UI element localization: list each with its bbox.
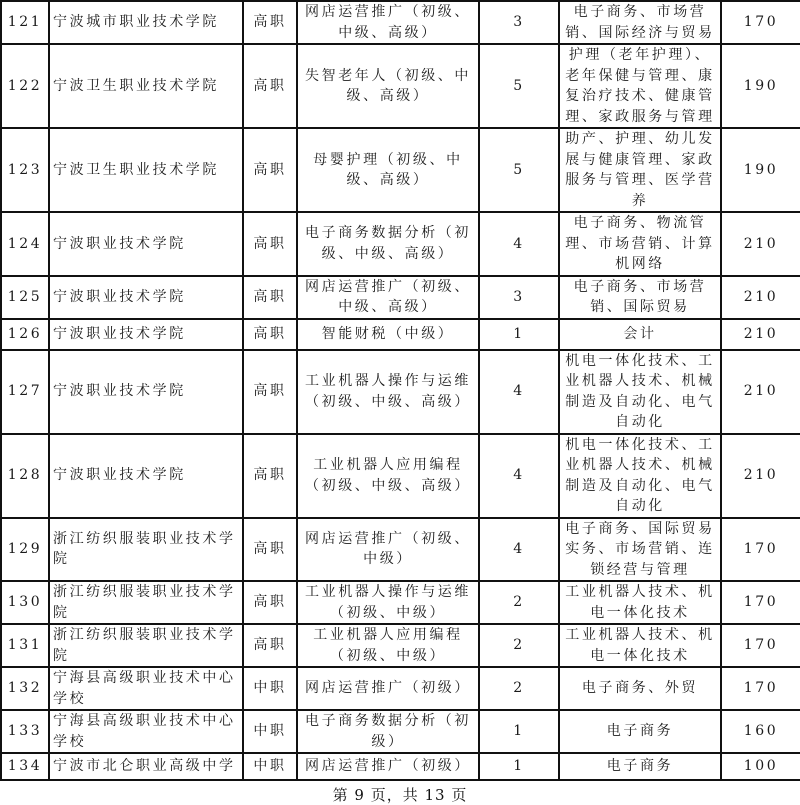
fee-value: 100 — [744, 758, 779, 774]
certificate-name: 网店运营推广（初级、中级） — [305, 531, 471, 568]
related-majors: 机电一体化技术、工业机器人技术、机械制造及自动化、电气自动化 — [565, 437, 714, 515]
certificate-name: 电子商务数据分析（初级、中级、高级） — [305, 225, 471, 262]
school-level-cell: 高职 — [243, 518, 297, 582]
table-row: 128宁波职业技术学院高职工业机器人应用编程（初级、中级、高级）4机电一体化技术… — [1, 434, 800, 518]
school-name-cell: 宁海县高级职业技术中心学校 — [49, 710, 243, 753]
row-number-cell: 122 — [1, 44, 49, 128]
major-count-cell: 3 — [479, 1, 559, 44]
fee-value: 190 — [744, 162, 779, 178]
certificate-name-cell: 智能财税（中级） — [297, 319, 479, 350]
row-number: 126 — [8, 326, 43, 342]
row-number: 121 — [8, 14, 43, 30]
certificate-name: 网店运营推广（初级、中级、高级） — [305, 279, 471, 316]
fee-value-cell: 170 — [721, 518, 800, 582]
related-majors: 助产、护理、幼儿发展与健康管理、家政服务与管理、医学营养 — [565, 131, 714, 209]
fee-value-cell: 210 — [721, 350, 800, 434]
major-count-cell: 1 — [479, 753, 559, 780]
certificate-name: 智能财税（中级） — [322, 326, 455, 342]
certificate-name-cell: 失智老年人（初级、中级、高级） — [297, 44, 479, 128]
row-number: 131 — [8, 637, 43, 653]
related-majors: 电子商务 — [607, 723, 673, 739]
table-row: 126宁波职业技术学院高职智能财税（中级）1会计210 — [1, 319, 800, 350]
major-count-cell: 4 — [479, 434, 559, 518]
school-name: 宁海县高级职业技术中心学校 — [53, 670, 236, 707]
row-number-cell: 131 — [1, 624, 49, 667]
school-name-cell: 宁波卫生职业技术学院 — [49, 44, 243, 128]
school-level-cell: 高职 — [243, 434, 297, 518]
certificate-name-cell: 网店运营推广（初级、中级） — [297, 518, 479, 582]
fee-value: 170 — [744, 680, 779, 696]
school-name-cell: 宁波城市职业技术学院 — [49, 1, 243, 44]
related-majors-cell: 机电一体化技术、工业机器人技术、机械制造及自动化、电气自动化 — [559, 350, 721, 434]
fee-value-cell: 190 — [721, 44, 800, 128]
school-level-cell: 高职 — [243, 319, 297, 350]
fee-value-cell: 190 — [721, 128, 800, 212]
fee-value-cell: 170 — [721, 1, 800, 44]
major-count-cell: 5 — [479, 44, 559, 128]
table-row: 134宁波市北仑职业高级中学中职网店运营推广（初级）1电子商务100 — [1, 753, 800, 780]
school-level: 高职 — [253, 162, 286, 178]
school-name-cell: 宁波市北仑职业高级中学 — [49, 753, 243, 780]
school-name-cell: 浙江纺织服装职业技术学院 — [49, 518, 243, 582]
table-body: 121宁波城市职业技术学院高职网店运营推广（初级、中级、高级）3电子商务、市场营… — [1, 1, 800, 780]
fee-value: 170 — [744, 14, 779, 30]
school-level: 高职 — [253, 467, 286, 483]
related-majors: 电子商务、市场营销、国际贸易 — [574, 279, 707, 316]
major-count: 4 — [513, 541, 525, 557]
related-majors: 机电一体化技术、工业机器人技术、机械制造及自动化、电气自动化 — [565, 353, 714, 431]
fee-value-cell: 210 — [721, 276, 800, 319]
fee-value-cell: 100 — [721, 753, 800, 780]
school-name-cell: 宁波职业技术学院 — [49, 276, 243, 319]
major-count-cell: 4 — [479, 350, 559, 434]
related-majors-cell: 助产、护理、幼儿发展与健康管理、家政服务与管理、医学营养 — [559, 128, 721, 212]
fee-value: 170 — [744, 594, 779, 610]
school-level-cell: 高职 — [243, 581, 297, 624]
related-majors-cell: 工业机器人技术、机电一体化技术 — [559, 624, 721, 667]
major-count: 1 — [513, 326, 525, 342]
school-level-cell: 高职 — [243, 276, 297, 319]
certificate-name: 母婴护理（初级、中级、高级） — [313, 152, 462, 189]
major-count-cell: 4 — [479, 518, 559, 582]
fee-value: 170 — [744, 637, 779, 653]
row-number-cell: 123 — [1, 128, 49, 212]
school-name-cell: 宁波职业技术学院 — [49, 212, 243, 276]
school-name-cell: 宁波卫生职业技术学院 — [49, 128, 243, 212]
row-number-cell: 130 — [1, 581, 49, 624]
table-row: 132宁海县高级职业技术中心学校中职网店运营推广（初级）2电子商务、外贸170 — [1, 667, 800, 710]
school-level: 高职 — [253, 289, 286, 305]
related-majors-cell: 机电一体化技术、工业机器人技术、机械制造及自动化、电气自动化 — [559, 434, 721, 518]
major-count: 5 — [513, 78, 525, 94]
major-count-cell: 5 — [479, 128, 559, 212]
school-name: 宁波卫生职业技术学院 — [53, 78, 219, 94]
certification-table: 121宁波城市职业技术学院高职网店运营推广（初级、中级、高级）3电子商务、市场营… — [0, 0, 800, 781]
fee-value-cell: 170 — [721, 624, 800, 667]
table-row: 124宁波职业技术学院高职电子商务数据分析（初级、中级、高级）4电子商务、物流管… — [1, 212, 800, 276]
major-count: 4 — [513, 236, 525, 252]
school-level-cell: 高职 — [243, 624, 297, 667]
school-level: 高职 — [253, 14, 286, 30]
school-level: 中职 — [253, 723, 286, 739]
major-count: 2 — [513, 594, 525, 610]
school-level-cell: 高职 — [243, 350, 297, 434]
row-number: 124 — [8, 236, 43, 252]
certificate-name-cell: 母婴护理（初级、中级、高级） — [297, 128, 479, 212]
school-level: 高职 — [253, 326, 286, 342]
certificate-name: 工业机器人操作与运维（初级、中级、高级） — [305, 373, 471, 410]
major-count: 2 — [513, 637, 525, 653]
row-number-cell: 127 — [1, 350, 49, 434]
related-majors: 工业机器人技术、机电一体化技术 — [565, 627, 714, 664]
major-count-cell: 3 — [479, 276, 559, 319]
row-number-cell: 133 — [1, 710, 49, 753]
fee-value: 210 — [744, 236, 779, 252]
school-name: 宁波职业技术学院 — [53, 383, 186, 399]
certificate-name: 工业机器人操作与运维（初级、中级） — [305, 584, 471, 621]
row-number-cell: 134 — [1, 753, 49, 780]
certificate-name-cell: 工业机器人操作与运维（初级、中级） — [297, 581, 479, 624]
school-level: 高职 — [253, 78, 286, 94]
row-number-cell: 126 — [1, 319, 49, 350]
table-row: 127宁波职业技术学院高职工业机器人操作与运维（初级、中级、高级）4机电一体化技… — [1, 350, 800, 434]
certificate-name: 网店运营推广（初级） — [305, 680, 471, 696]
school-level-cell: 高职 — [243, 1, 297, 44]
fee-value: 190 — [744, 78, 779, 94]
related-majors-cell: 电子商务、外贸 — [559, 667, 721, 710]
school-level: 高职 — [253, 236, 286, 252]
fee-value-cell: 170 — [721, 667, 800, 710]
school-name: 宁海县高级职业技术中心学校 — [53, 713, 236, 750]
related-majors-cell: 电子商务 — [559, 753, 721, 780]
row-number: 132 — [8, 680, 43, 696]
school-level-cell: 高职 — [243, 44, 297, 128]
major-count-cell: 2 — [479, 581, 559, 624]
school-name: 宁波卫生职业技术学院 — [53, 162, 219, 178]
table-row: 125宁波职业技术学院高职网店运营推广（初级、中级、高级）3电子商务、市场营销、… — [1, 276, 800, 319]
school-level-cell: 中职 — [243, 667, 297, 710]
fee-value: 210 — [744, 383, 779, 399]
school-level: 高职 — [253, 637, 286, 653]
related-majors: 电子商务、物流管理、市场营销、计算机网络 — [565, 215, 714, 272]
fee-value-cell: 160 — [721, 710, 800, 753]
related-majors-cell: 电子商务、市场营销、国际贸易 — [559, 276, 721, 319]
related-majors-cell: 电子商务、市场营销、国际经济与贸易 — [559, 1, 721, 44]
related-majors: 电子商务、市场营销、国际经济与贸易 — [565, 4, 714, 41]
row-number-cell: 132 — [1, 667, 49, 710]
school-name: 宁波职业技术学院 — [53, 467, 186, 483]
major-count: 3 — [513, 289, 525, 305]
certificate-name-cell: 工业机器人操作与运维（初级、中级、高级） — [297, 350, 479, 434]
table-row: 130浙江纺织服装职业技术学院高职工业机器人操作与运维（初级、中级）2工业机器人… — [1, 581, 800, 624]
major-count: 4 — [513, 467, 525, 483]
row-number: 125 — [8, 289, 43, 305]
table-row: 133宁海县高级职业技术中心学校中职电子商务数据分析（初级）1电子商务160 — [1, 710, 800, 753]
fee-value: 210 — [744, 326, 779, 342]
row-number: 129 — [8, 541, 43, 557]
certificate-name-cell: 网店运营推广（初级、中级、高级） — [297, 276, 479, 319]
row-number-cell: 121 — [1, 1, 49, 44]
certificate-name: 网店运营推广（初级、中级、高级） — [305, 4, 471, 41]
major-count-cell: 1 — [479, 710, 559, 753]
certificate-name: 工业机器人应用编程（初级、中级、高级） — [305, 457, 471, 494]
fee-value: 160 — [744, 723, 779, 739]
fee-value-cell: 210 — [721, 212, 800, 276]
table-row: 131浙江纺织服装职业技术学院高职工业机器人应用编程（初级、中级）2工业机器人技… — [1, 624, 800, 667]
school-name: 宁波市北仑职业高级中学 — [53, 758, 236, 774]
school-level-cell: 高职 — [243, 212, 297, 276]
row-number-cell: 129 — [1, 518, 49, 582]
school-name: 宁波职业技术学院 — [53, 236, 186, 252]
school-name-cell: 浙江纺织服装职业技术学院 — [49, 624, 243, 667]
school-name: 浙江纺织服装职业技术学院 — [53, 531, 236, 568]
major-count: 1 — [513, 758, 525, 774]
related-majors: 电子商务、国际贸易实务、市场营销、连锁经营与管理 — [565, 521, 714, 578]
school-level: 高职 — [253, 541, 286, 557]
fee-value: 210 — [744, 289, 779, 305]
related-majors-cell: 电子商务、国际贸易实务、市场营销、连锁经营与管理 — [559, 518, 721, 582]
school-name-cell: 宁海县高级职业技术中心学校 — [49, 667, 243, 710]
school-name: 浙江纺织服装职业技术学院 — [53, 584, 236, 621]
certificate-name-cell: 网店运营推广（初级） — [297, 667, 479, 710]
major-count-cell: 2 — [479, 667, 559, 710]
related-majors: 电子商务 — [607, 758, 673, 774]
school-level: 高职 — [253, 383, 286, 399]
school-name-cell: 浙江纺织服装职业技术学院 — [49, 581, 243, 624]
fee-value-cell: 210 — [721, 434, 800, 518]
school-name-cell: 宁波职业技术学院 — [49, 319, 243, 350]
school-level: 高职 — [253, 594, 286, 610]
related-majors-cell: 电子商务 — [559, 710, 721, 753]
related-majors: 会计 — [623, 326, 656, 342]
school-name: 浙江纺织服装职业技术学院 — [53, 627, 236, 664]
table-row: 129浙江纺织服装职业技术学院高职网店运营推广（初级、中级）4电子商务、国际贸易… — [1, 518, 800, 582]
certificate-name-cell: 电子商务数据分析（初级、中级、高级） — [297, 212, 479, 276]
row-number: 133 — [8, 723, 43, 739]
related-majors-cell: 工业机器人技术、机电一体化技术 — [559, 581, 721, 624]
certificate-name-cell: 网店运营推广（初级） — [297, 753, 479, 780]
school-level-cell: 高职 — [243, 128, 297, 212]
row-number-cell: 128 — [1, 434, 49, 518]
school-name-cell: 宁波职业技术学院 — [49, 434, 243, 518]
row-number: 134 — [8, 758, 43, 774]
table-row: 123宁波卫生职业技术学院高职母婴护理（初级、中级、高级）5助产、护理、幼儿发展… — [1, 128, 800, 212]
certificate-name-cell: 电子商务数据分析（初级） — [297, 710, 479, 753]
major-count: 2 — [513, 680, 525, 696]
row-number: 130 — [8, 594, 43, 610]
certificate-name-cell: 网店运营推广（初级、中级、高级） — [297, 1, 479, 44]
related-majors-cell: 会计 — [559, 319, 721, 350]
certificate-name-cell: 工业机器人应用编程（初级、中级、高级） — [297, 434, 479, 518]
certificate-name: 工业机器人应用编程（初级、中级） — [313, 627, 462, 664]
related-majors: 电子商务、外贸 — [582, 680, 698, 696]
school-name-cell: 宁波职业技术学院 — [49, 350, 243, 434]
major-count: 4 — [513, 383, 525, 399]
school-level: 中职 — [253, 680, 286, 696]
row-number: 127 — [8, 383, 43, 399]
major-count-cell: 4 — [479, 212, 559, 276]
related-majors: 护理（老年护理）、老年保健与管理、康复治疗技术、健康管理、家政服务与管理 — [565, 47, 714, 125]
major-count: 3 — [513, 14, 525, 30]
certificate-name: 电子商务数据分析（初级） — [305, 713, 471, 750]
row-number: 128 — [8, 467, 43, 483]
major-count-cell: 2 — [479, 624, 559, 667]
related-majors-cell: 电子商务、物流管理、市场营销、计算机网络 — [559, 212, 721, 276]
major-count-cell: 1 — [479, 319, 559, 350]
fee-value-cell: 170 — [721, 581, 800, 624]
fee-value: 210 — [744, 467, 779, 483]
certificate-name-cell: 工业机器人应用编程（初级、中级） — [297, 624, 479, 667]
major-count: 1 — [513, 723, 525, 739]
row-number: 123 — [8, 162, 43, 178]
school-level-cell: 中职 — [243, 710, 297, 753]
certificate-name: 失智老年人（初级、中级、高级） — [305, 68, 471, 105]
school-name: 宁波城市职业技术学院 — [53, 14, 219, 30]
major-count: 5 — [513, 162, 525, 178]
row-number: 122 — [8, 78, 43, 94]
page-footer: 第 9 页，共 13 页 — [0, 784, 800, 805]
table-row: 122宁波卫生职业技术学院高职失智老年人（初级、中级、高级）5护理（老年护理）、… — [1, 44, 800, 128]
school-level: 中职 — [253, 758, 286, 774]
fee-value: 170 — [744, 541, 779, 557]
school-name: 宁波职业技术学院 — [53, 326, 186, 342]
related-majors: 工业机器人技术、机电一体化技术 — [565, 584, 714, 621]
school-name: 宁波职业技术学院 — [53, 289, 186, 305]
table-row: 121宁波城市职业技术学院高职网店运营推广（初级、中级、高级）3电子商务、市场营… — [1, 1, 800, 44]
row-number-cell: 124 — [1, 212, 49, 276]
fee-value-cell: 210 — [721, 319, 800, 350]
school-level-cell: 中职 — [243, 753, 297, 780]
row-number-cell: 125 — [1, 276, 49, 319]
certificate-name: 网店运营推广（初级） — [305, 758, 471, 774]
related-majors-cell: 护理（老年护理）、老年保健与管理、康复治疗技术、健康管理、家政服务与管理 — [559, 44, 721, 128]
